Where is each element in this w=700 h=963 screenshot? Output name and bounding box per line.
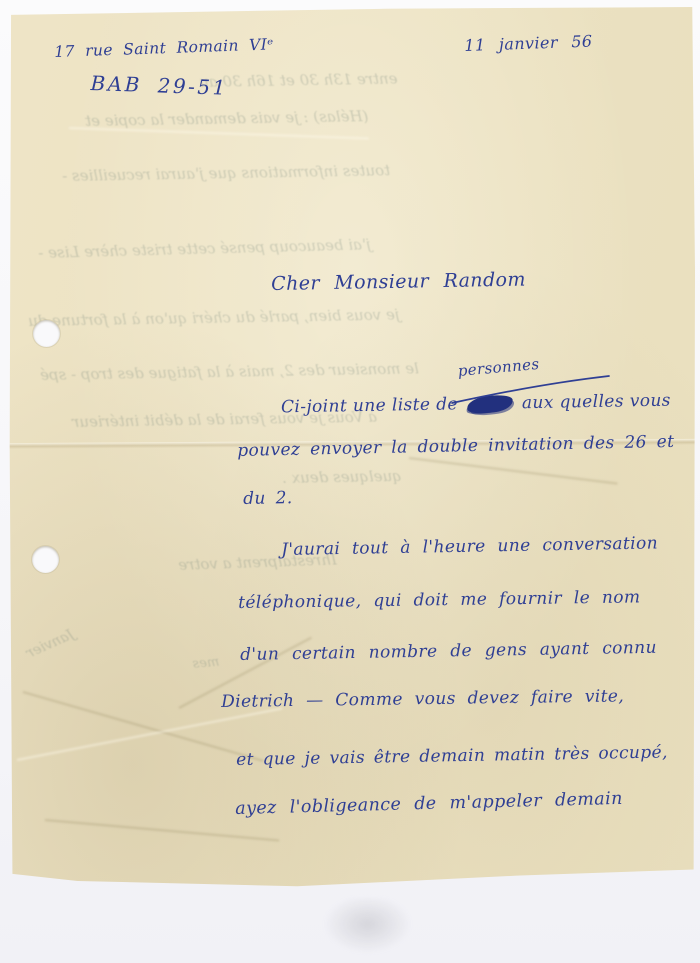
bleedthrough-text: quelques deux . — [282, 467, 402, 487]
wrinkle-streak — [69, 127, 369, 139]
bleedthrough-line: le monsieur des 2, mais à la fatigue des… — [40, 359, 445, 384]
punch-hole-top — [33, 320, 60, 347]
body-line: du 2. — [243, 488, 293, 509]
bleedthrough-text: le monsieur des 2, mais à la fatigue des… — [40, 359, 419, 384]
body-line: J'aurai tout à l'heure une conversation — [281, 533, 658, 560]
bleedthrough-text: j'ai beaucoup pensé cette triste chère L… — [38, 235, 371, 262]
body-line: ayez l'obligeance de m'appeler demain — [235, 789, 623, 819]
scanner-smudge — [320, 898, 415, 956]
bleedthrough-line: toutes informations que j'aurai recueill… — [62, 160, 437, 185]
address-line: 17 rue Saint Romain VIᵉ — [54, 35, 274, 61]
bleedthrough-text: Janvier — [24, 627, 76, 662]
body-line-with-scribble: Ci-joint une liste de aux quelles vous — [281, 391, 671, 418]
bleedthrough-text: je vous bien, parlé du chéri qu'on à la … — [28, 306, 400, 330]
bleedthrough-text: entre 13h 30 et 16h 30 au — [199, 70, 398, 91]
crossed-out-word-scribble — [466, 392, 514, 415]
bleedthrough-line: entre 13h 30 et 16h 30 au — [199, 68, 499, 91]
bleedthrough-text: (Hélas) : je vais demander la copie et — [85, 107, 369, 130]
body-line: et que je vais être demain matin très oc… — [236, 742, 668, 770]
body-line: Ci-joint une liste de — [281, 394, 458, 417]
bleedthrough-line: j'ai beaucoup pensé cette triste chère L… — [38, 233, 453, 262]
bleedthrough-line: mes — [192, 653, 238, 672]
letter-paper: entre 13h 30 et 16h 30 au(Hélas) : je va… — [9, 7, 695, 888]
body-line: aux quelles vous — [522, 391, 671, 414]
bleedthrough-line: Janvier — [24, 612, 108, 661]
bleedthrough-line: (Hélas) : je vais demander la copie et — [85, 105, 485, 130]
bleedthrough-text: mes — [192, 655, 220, 672]
inserted-word: personnes — [457, 355, 540, 380]
phone-line: BAB 29-51 — [90, 71, 228, 100]
body-line: pouvez envoyer la double invitation des … — [237, 432, 675, 461]
punch-hole-bottom — [32, 546, 59, 573]
bleedthrough-text: toutes informations que j'aurai recueill… — [62, 161, 390, 185]
salutation-line: Cher Monsieur Random — [271, 269, 526, 295]
bleedthrough-line: je vous bien, parlé du chéri qu'on à la … — [28, 304, 458, 330]
wrinkle-streak — [45, 819, 279, 841]
bleedthrough-line: quelques deux . — [282, 466, 432, 487]
body-line: téléphonique, qui doit me fournir le nom — [238, 587, 641, 613]
date-line: 11 janvier 56 — [464, 32, 593, 55]
body-line: Dietrich — Comme vous devez faire vite, — [221, 686, 624, 712]
wrinkle-streak — [409, 457, 618, 485]
